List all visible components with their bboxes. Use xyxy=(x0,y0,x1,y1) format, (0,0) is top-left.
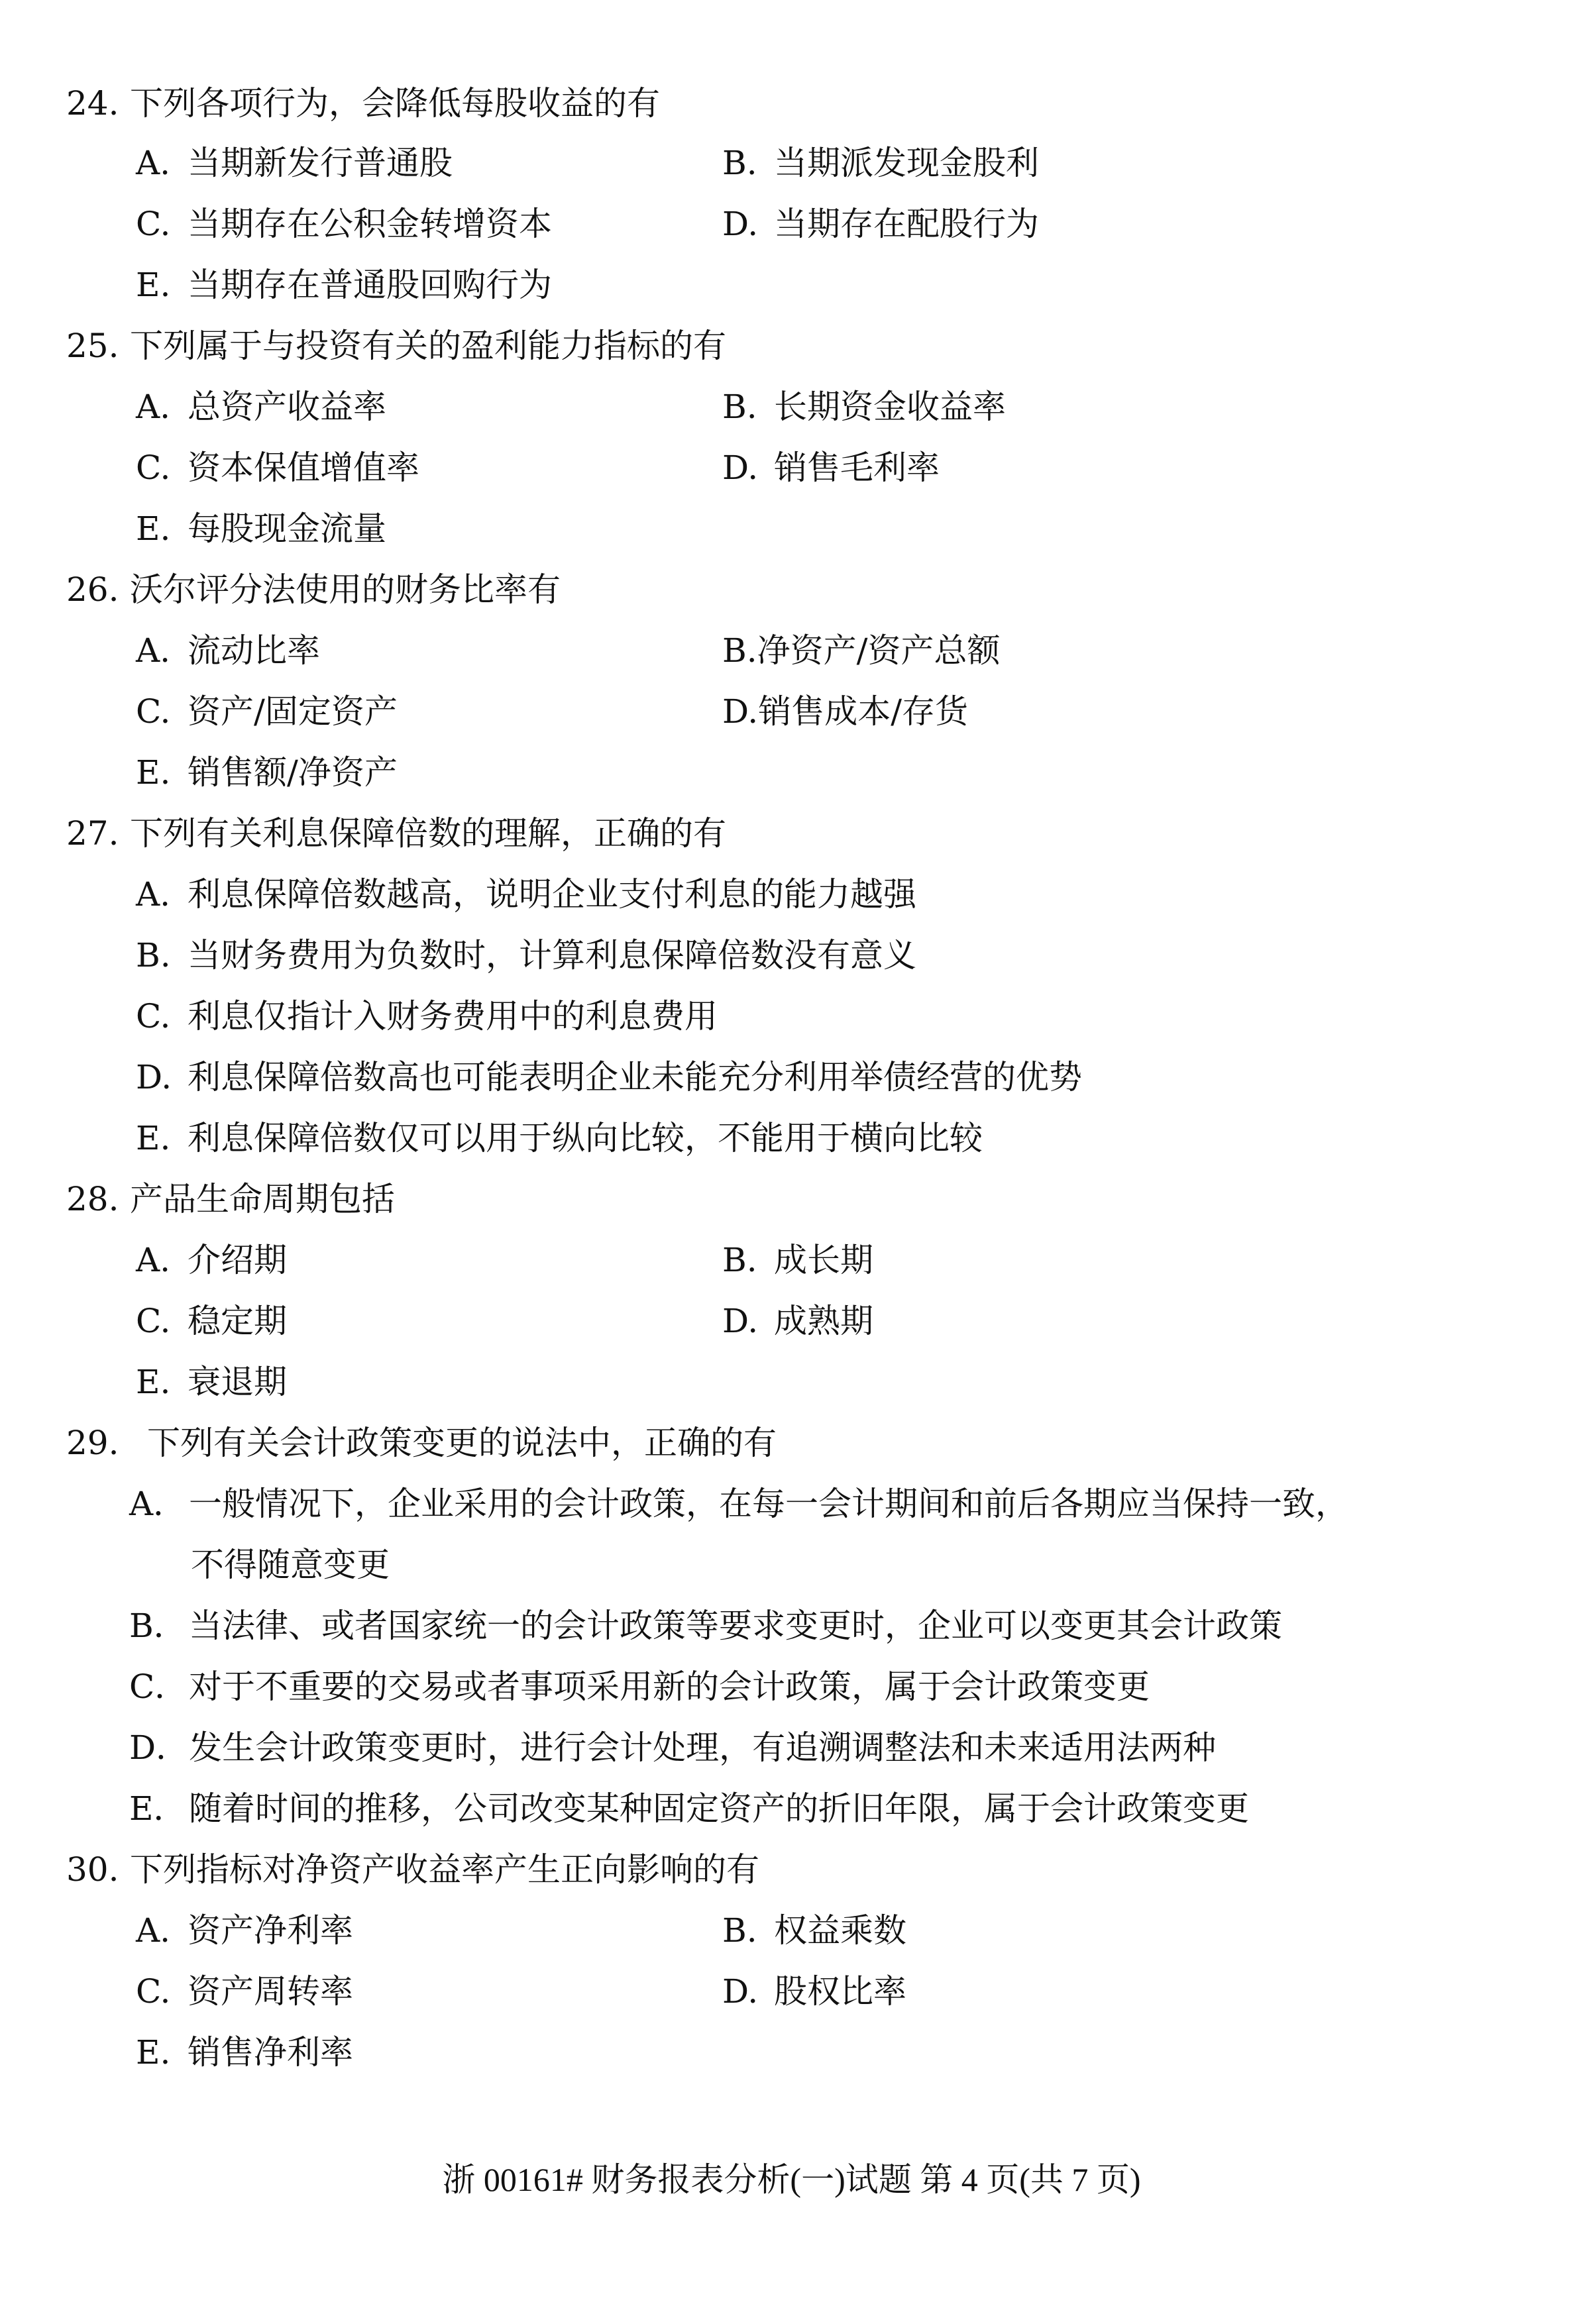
option-e: E.销售额/净资产 xyxy=(136,742,398,803)
option-d: D.销售毛利率 xyxy=(722,437,940,498)
question-text: 下列属于与投资有关的盈利能力指标的有 xyxy=(130,315,726,376)
option-letter: E. xyxy=(136,1351,188,1412)
option-letter: B. xyxy=(722,1900,774,1961)
option-b: B.长期资金收益率 xyxy=(722,376,1006,437)
option-text: 随着时间的推移，公司改变某种固定资产的折旧年限，属于会计政策变更 xyxy=(189,1789,1249,1828)
option-e: E.衰退期 xyxy=(136,1351,287,1412)
option-a: A.介绍期 xyxy=(136,1230,287,1291)
question-number: 30. xyxy=(66,1839,119,1900)
option-text: 资产周转率 xyxy=(188,1972,353,2011)
option-text: 衰退期 xyxy=(188,1363,287,1401)
option-text: 一般情况下，企业采用的会计政策，在每一会计期间和前后各期应当保持一致， xyxy=(189,1485,1348,1523)
option-letter: C. xyxy=(136,986,188,1047)
option-text: 长期资金收益率 xyxy=(774,388,1006,426)
option-letter: C. xyxy=(136,193,188,254)
option-e: E.利息保障倍数仅可以用于纵向比较，不能用于横向比较 xyxy=(136,1108,983,1169)
option-a: A.利息保障倍数越高，说明企业支付利息的能力越强 xyxy=(136,864,916,925)
option-letter: B. xyxy=(722,1230,774,1291)
option-d: D.利息保障倍数高也可能表明企业未能充分利用举债经营的优势 xyxy=(136,1047,1082,1108)
question-text: 产品生命周期包括 xyxy=(130,1169,395,1230)
option-letter: E. xyxy=(136,254,188,315)
option-c: C.资产周转率 xyxy=(136,1961,353,2022)
option-a: A.当期新发行普通股 xyxy=(136,132,453,193)
option-letter: A. xyxy=(136,1230,188,1291)
option-c: C.利息仅指计入财务费用中的利息费用 xyxy=(136,986,718,1047)
option-letter: A. xyxy=(136,1900,188,1961)
option-text: 每股现金流量 xyxy=(188,509,386,548)
option-text: 总资产收益率 xyxy=(188,388,386,426)
option-text: 销售额/净资产 xyxy=(188,753,398,792)
option-b: B.成长期 xyxy=(722,1230,873,1291)
option-text: 当期存在公积金转增资本 xyxy=(188,205,552,243)
question-text: 下列有关会计政策变更的说法中，正确的有 xyxy=(147,1412,777,1473)
question-number: 27. xyxy=(66,803,119,864)
question-number: 24. xyxy=(66,73,119,134)
question-number: 25. xyxy=(66,315,119,376)
option-text: 成熟期 xyxy=(774,1302,873,1340)
option-text: 稳定期 xyxy=(188,1302,287,1340)
option-letter: D． xyxy=(129,1717,189,1778)
option-text: 销售净利率 xyxy=(188,2033,353,2072)
option-d: D.股权比率 xyxy=(722,1961,906,2022)
option-b: B．当法律、或者国家统一的会计政策等要求变更时，企业可以变更其会计政策 xyxy=(129,1595,1282,1656)
option-text: 当财务费用为负数时，计算利息保障倍数没有意义 xyxy=(188,936,916,975)
option-c: C.资产/固定资产 xyxy=(136,681,398,742)
option-text: 资产净利率 xyxy=(188,1911,353,1950)
option-letter: C. xyxy=(136,1961,188,2022)
option-letter: E. xyxy=(136,1108,188,1169)
option-a: A.流动比率 xyxy=(136,620,320,681)
option-letter: E． xyxy=(129,1778,189,1839)
option-text: 权益乘数 xyxy=(774,1911,906,1950)
option-text: 当期存在配股行为 xyxy=(774,205,1039,243)
question-number: 26. xyxy=(66,559,119,620)
option-text: 当期新发行普通股 xyxy=(188,144,453,182)
option-text: 介绍期 xyxy=(188,1241,287,1279)
option-text: 利息仅指计入财务费用中的利息费用 xyxy=(188,997,718,1035)
option-letter: B. xyxy=(136,925,188,986)
option-text: 当期派发现金股利 xyxy=(774,144,1039,182)
question-text: 沃尔评分法使用的财务比率有 xyxy=(130,559,561,620)
option-letter: D. xyxy=(722,437,774,498)
option-letter: E. xyxy=(136,742,188,803)
option-c: C.稳定期 xyxy=(136,1291,287,1351)
option-text: 发生会计政策变更时，进行会计处理，有追溯调整法和未来适用法两种 xyxy=(189,1728,1216,1767)
option-e: E.销售净利率 xyxy=(136,2022,353,2083)
option-text: 当期存在普通股回购行为 xyxy=(188,266,552,304)
option-letter: C. xyxy=(136,437,188,498)
option-c: C．对于不重要的交易或者事项采用新的会计政策，属于会计政策变更 xyxy=(129,1656,1150,1717)
option-c: C.资本保值增值率 xyxy=(136,437,419,498)
option-letter: C. xyxy=(136,1291,188,1351)
option-letter: D. xyxy=(722,681,758,742)
option-a: A.总资产收益率 xyxy=(136,376,386,437)
option-a: A．一般情况下，企业采用的会计政策，在每一会计期间和前后各期应当保持一致， xyxy=(129,1473,1348,1534)
option-text: 利息保障倍数高也可能表明企业未能充分利用举债经营的优势 xyxy=(188,1058,1082,1096)
option-letter: A． xyxy=(129,1473,189,1534)
question-text: 下列有关利息保障倍数的理解，正确的有 xyxy=(130,803,726,864)
option-text: 利息保障倍数仅可以用于纵向比较，不能用于横向比较 xyxy=(188,1119,983,1157)
option-letter: E. xyxy=(136,2022,188,2083)
option-b: B.净资产/资产总额 xyxy=(722,620,1001,681)
option-b: B.当期派发现金股利 xyxy=(722,132,1039,193)
option-a-continuation: 不得随意变更 xyxy=(191,1534,390,1595)
option-b: B.权益乘数 xyxy=(722,1900,906,1961)
question-number: 29. xyxy=(66,1412,119,1473)
page-footer: 浙 00161# 财务报表分析(一)试题 第 4 页(共 7 页) xyxy=(0,2153,1583,2206)
option-letter: D. xyxy=(722,1961,774,2022)
option-e: E.当期存在普通股回购行为 xyxy=(136,254,552,315)
question-number: 28. xyxy=(66,1169,119,1230)
option-a: A.资产净利率 xyxy=(136,1900,353,1961)
question-text: 下列各项行为，会降低每股收益的有 xyxy=(130,73,660,134)
option-e: E．随着时间的推移，公司改变某种固定资产的折旧年限，属于会计政策变更 xyxy=(129,1778,1249,1839)
question-text: 下列指标对净资产收益率产生正向影响的有 xyxy=(130,1839,759,1900)
option-letter: B. xyxy=(722,376,774,437)
option-text: 利息保障倍数越高，说明企业支付利息的能力越强 xyxy=(188,875,916,914)
option-letter: D. xyxy=(722,193,774,254)
option-letter: C. xyxy=(136,681,188,742)
option-letter: B． xyxy=(129,1595,189,1656)
option-letter: D. xyxy=(722,1291,774,1351)
option-d: D.当期存在配股行为 xyxy=(722,193,1039,254)
option-text: 流动比率 xyxy=(188,631,320,670)
option-b: B.当财务费用为负数时，计算利息保障倍数没有意义 xyxy=(136,925,916,986)
option-letter: B. xyxy=(722,132,774,193)
option-d: D.销售成本/存货 xyxy=(722,681,968,742)
option-text: 资产/固定资产 xyxy=(188,692,398,731)
option-letter: D. xyxy=(136,1047,188,1108)
option-letter: A. xyxy=(136,620,188,681)
option-text: 当法律、或者国家统一的会计政策等要求变更时，企业可以变更其会计政策 xyxy=(189,1607,1282,1645)
option-d: D．发生会计政策变更时，进行会计处理，有追溯调整法和未来适用法两种 xyxy=(129,1717,1216,1778)
option-text: 净资产/资产总额 xyxy=(757,631,1001,670)
option-text: 资本保值增值率 xyxy=(188,449,419,487)
option-text: 销售成本/存货 xyxy=(758,692,968,731)
option-letter: E. xyxy=(136,498,188,559)
option-e: E.每股现金流量 xyxy=(136,498,386,559)
option-letter: B. xyxy=(722,620,757,681)
option-text: 对于不重要的交易或者事项采用新的会计政策，属于会计政策变更 xyxy=(189,1667,1150,1706)
option-letter: A. xyxy=(136,864,188,925)
option-text: 股权比率 xyxy=(774,1972,906,2011)
option-letter: C． xyxy=(129,1656,189,1717)
option-text: 销售毛利率 xyxy=(774,449,940,487)
option-c: C.当期存在公积金转增资本 xyxy=(136,193,552,254)
option-d: D.成熟期 xyxy=(722,1291,873,1351)
option-text: 成长期 xyxy=(774,1241,873,1279)
option-letter: A. xyxy=(136,376,188,437)
option-letter: A. xyxy=(136,132,188,193)
